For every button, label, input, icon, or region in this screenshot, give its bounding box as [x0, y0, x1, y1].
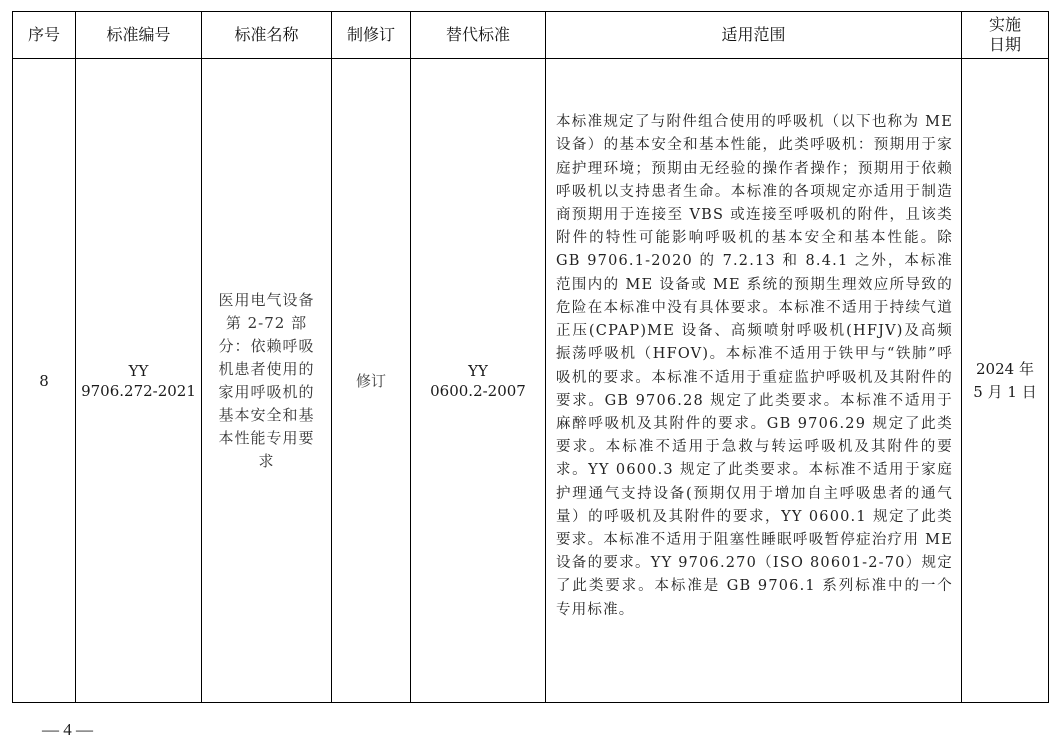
- cell-standard-name: 医用电气设备第 2-72 部分：依赖呼吸机患者使用的家用呼吸机的基本安全和基本性…: [202, 59, 332, 703]
- revision-text: 修订: [356, 372, 386, 390]
- code-line2: 9706.272-2021: [81, 382, 196, 400]
- standard-name-text: 医用电气设备第 2-72 部分：依赖呼吸机患者使用的家用呼吸机的基本安全和基本性…: [213, 289, 321, 473]
- standards-table: 序号 标准编号 标准名称 制修订 替代标准 适用范围 实施 日期 8 YY 97…: [12, 11, 1049, 703]
- header-standard-code: 标准编号: [76, 12, 202, 59]
- header-date-line2: 日期: [989, 35, 1021, 54]
- header-revision: 制修订: [332, 12, 411, 59]
- header-standard-name: 标准名称: [202, 12, 332, 59]
- effective-date-text: 2024 年 5 月 1 日: [973, 358, 1036, 404]
- cell-standard-code: YY 9706.272-2021: [76, 59, 202, 703]
- replaced-line1: YY: [468, 362, 488, 380]
- table-row: 8 YY 9706.272-2021 医用电气设备第 2-72 部分：依赖呼吸机…: [13, 59, 1049, 703]
- date-line1: 2024 年: [976, 360, 1034, 378]
- table-header-row: 序号 标准编号 标准名称 制修订 替代标准 适用范围 实施 日期: [13, 12, 1049, 59]
- header-date-line1: 实施: [989, 15, 1021, 34]
- replaced-line2: 0600.2-2007: [430, 382, 526, 400]
- page-number: — 4 —: [42, 720, 93, 740]
- date-line2: 5 月 1 日: [973, 383, 1036, 401]
- cell-replaced-standard: YY 0600.2-2007: [411, 59, 546, 703]
- code-line1: YY: [129, 362, 149, 380]
- header-replaced-standard: 替代标准: [411, 12, 546, 59]
- cell-index: 8: [13, 59, 76, 703]
- header-scope: 适用范围: [546, 12, 962, 59]
- cell-scope: 本标准规定了与附件组合使用的呼吸机（以下也称为 ME 设备）的基本安全和基本性能…: [546, 59, 962, 703]
- header-effective-date: 实施 日期: [962, 12, 1049, 59]
- cell-revision: 修订: [332, 59, 411, 703]
- header-index: 序号: [13, 12, 76, 59]
- cell-effective-date: 2024 年 5 月 1 日: [962, 59, 1049, 703]
- scope-text: 本标准规定了与附件组合使用的呼吸机（以下也称为 ME 设备）的基本安全和基本性能…: [546, 111, 961, 621]
